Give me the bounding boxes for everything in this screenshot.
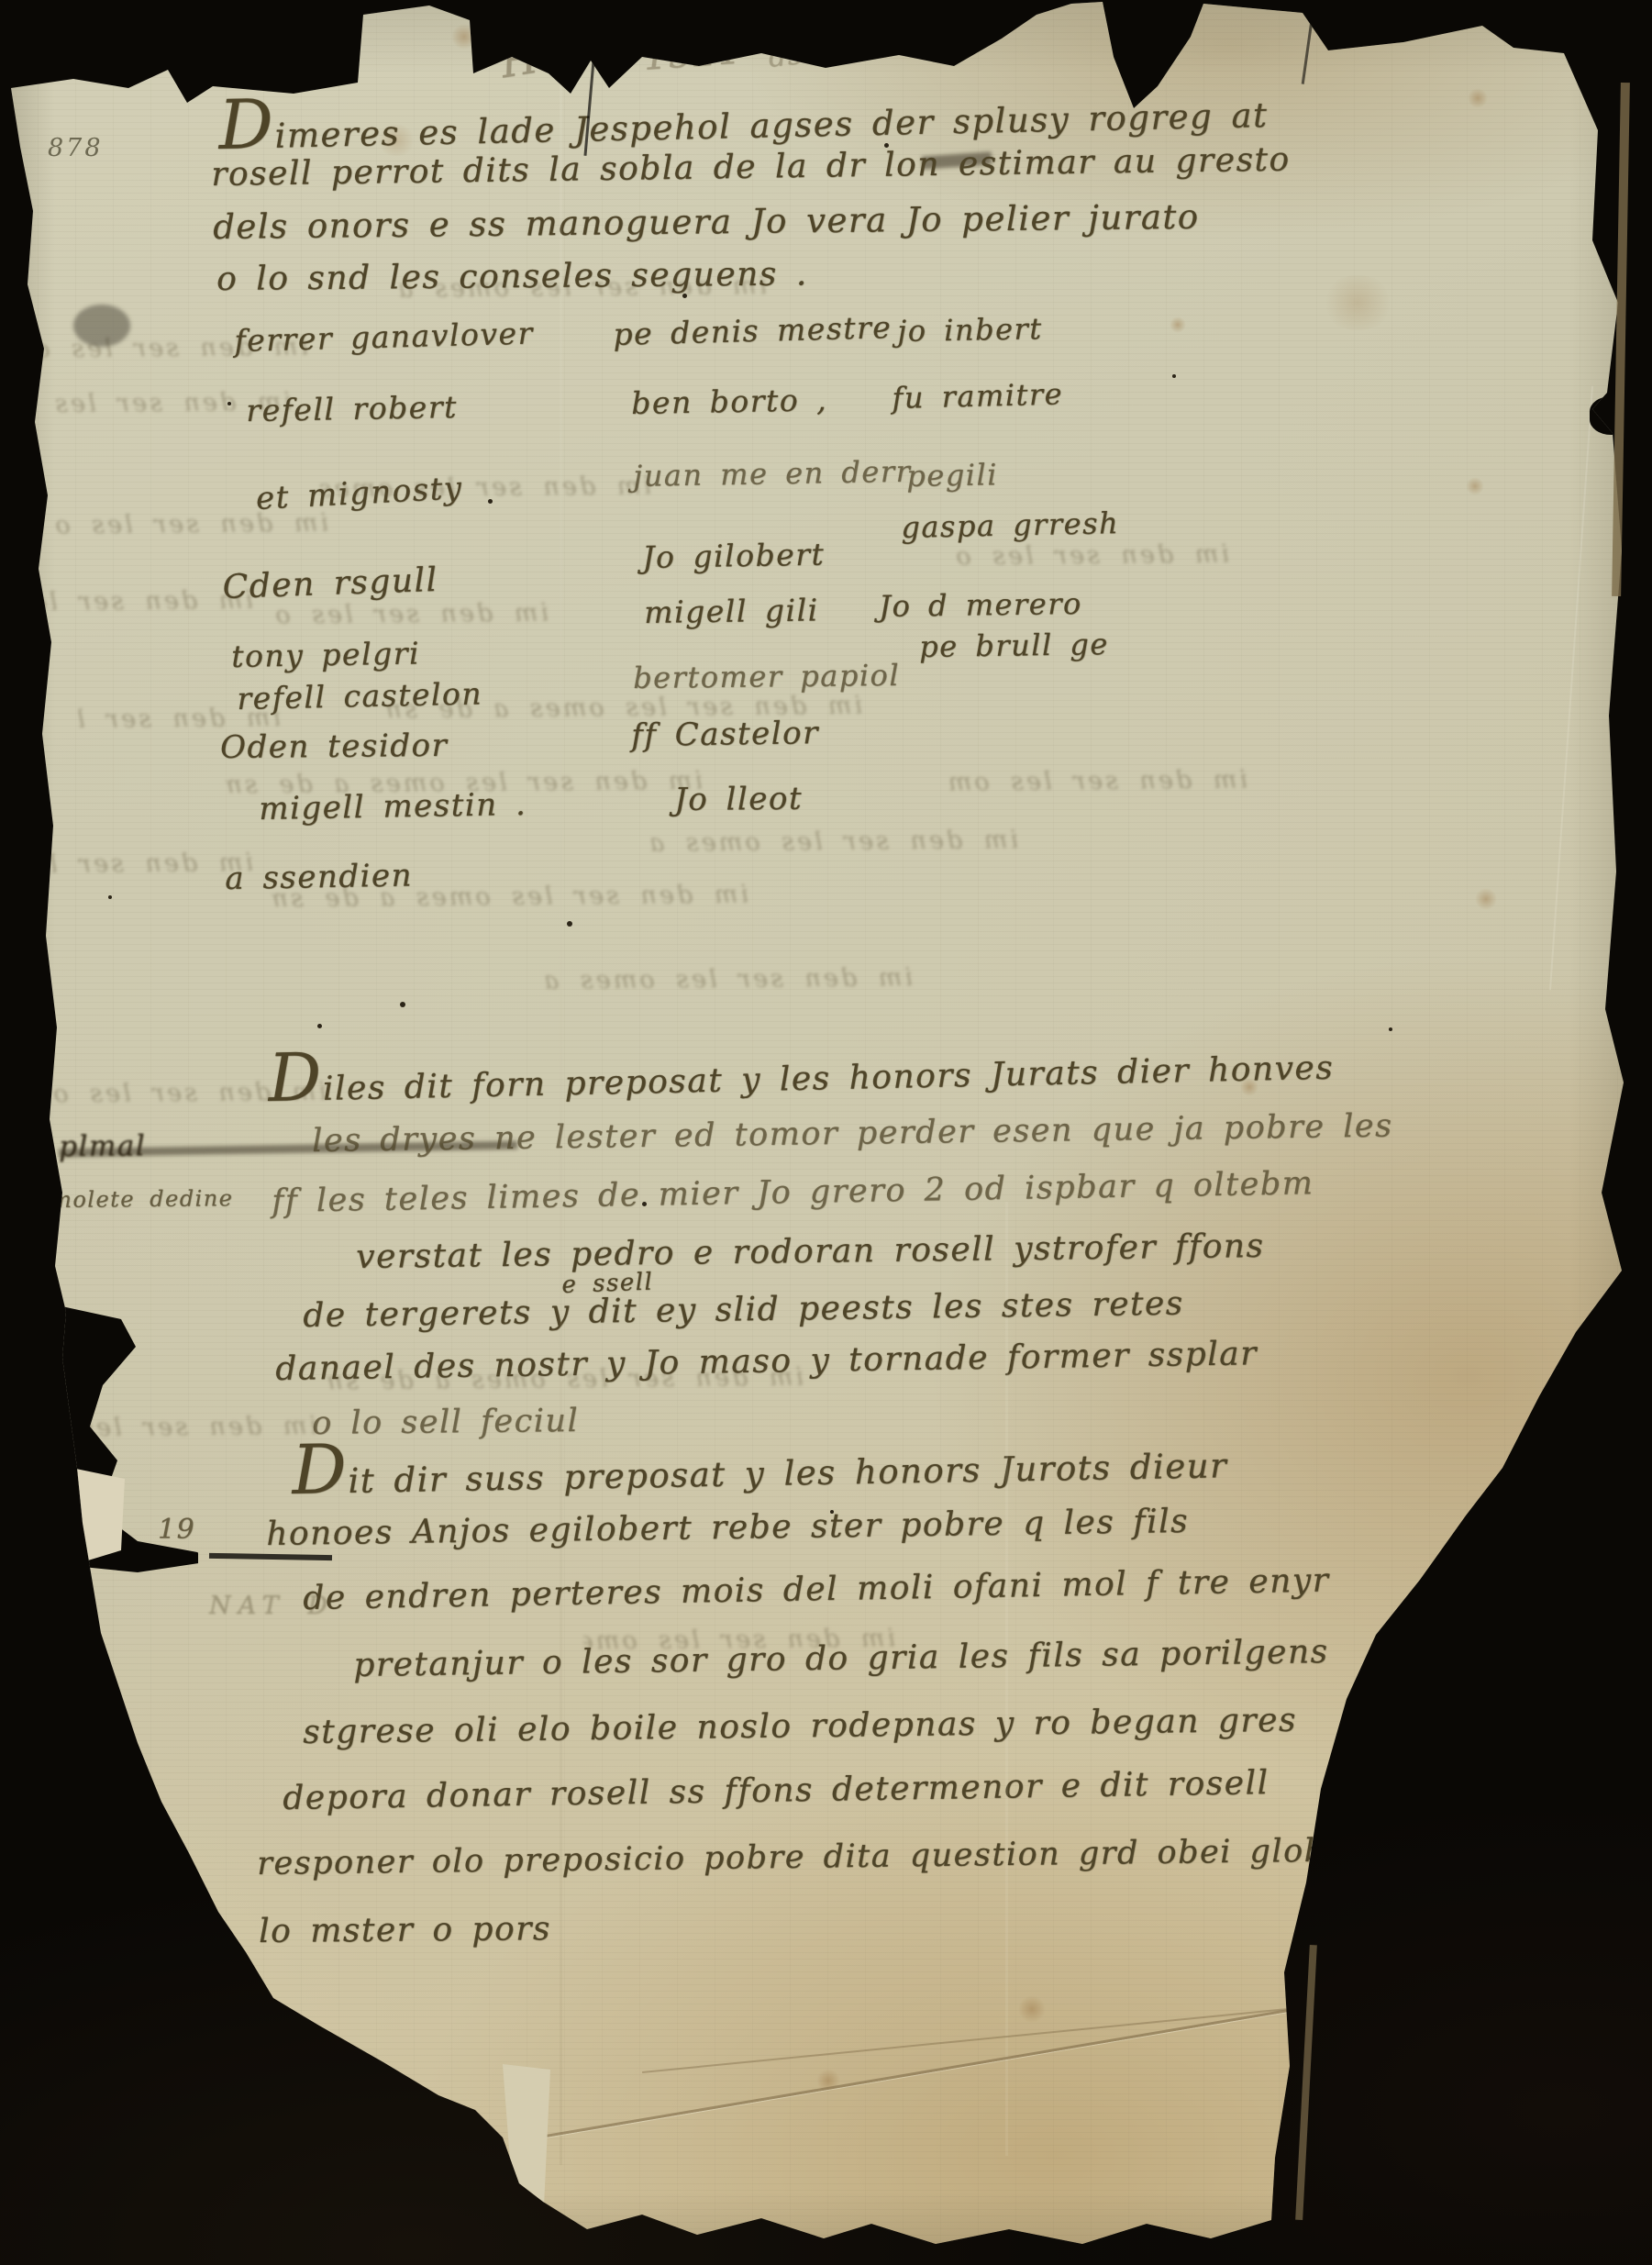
attendee-name: tony pelgri xyxy=(231,635,420,674)
interlinear-insert: e ssell xyxy=(561,1269,654,1299)
ink-speck xyxy=(108,895,112,899)
faded-stamp: NAT D xyxy=(209,1592,335,1620)
attendee-name: fu ramitre xyxy=(892,376,1064,416)
bleed-through: im den ser les omes a de smor ne les xyxy=(33,849,253,879)
paper-fragment xyxy=(503,2064,552,2226)
paragraph-line: lo mster o pors xyxy=(259,1910,551,1950)
margin-strike-note: plmal xyxy=(59,1129,146,1163)
fold-crease xyxy=(1005,1202,1008,2156)
ink-speck xyxy=(830,1510,834,1514)
ink-speck xyxy=(227,402,231,405)
top-mark: 1521 xyxy=(642,29,744,78)
adjacent-folio-edge xyxy=(1295,1945,1317,2220)
foxing-stain xyxy=(1321,275,1394,330)
ink-smear xyxy=(73,305,130,347)
top-mark: 96 xyxy=(859,20,904,61)
foxing-stain xyxy=(1468,88,1488,108)
paragraph-line: verstat les pedro e rodoran rosell ystro… xyxy=(356,1227,1265,1276)
paper-fragment xyxy=(138,1888,191,1961)
header-line: dels onors e ss manoguera Jo vera Jo pel… xyxy=(213,197,1200,247)
paragraph-line: stgrese oli elo boile noslo rodepnas y r… xyxy=(303,1702,1297,1751)
attendee-name: ben borto , xyxy=(631,382,827,421)
attendee-name: et mignosty xyxy=(255,470,463,517)
attendee-name: Oden tesidor xyxy=(220,727,448,766)
paragraph-line: danael des nostr y Jo maso y tornade for… xyxy=(275,1335,1258,1388)
ink-speck xyxy=(317,1024,322,1028)
ink-speck xyxy=(682,294,687,298)
fold-crease xyxy=(560,64,562,2165)
bleed-through: im den ser les omes a de smor ne les xyxy=(945,766,1247,797)
fold-crease xyxy=(518,1994,1378,2142)
header-line: o lo snd les conseles seguens . xyxy=(216,255,808,298)
attendee-name: refell robert xyxy=(246,389,458,428)
margin-side-note: molete dedine xyxy=(50,1185,234,1213)
bleed-through: im den ser les omes a de smor ne les xyxy=(79,1412,317,1442)
manuscript-scan: 878 Hs 1521 ds 96 Dimeres es lade Jespeh… xyxy=(0,0,1652,2265)
bleed-through: im den ser les omes a de smor ne les xyxy=(527,963,913,995)
paragraph-line: responer olo preposicio pobre dita quest… xyxy=(257,1832,1378,1882)
attendee-name: pegili xyxy=(906,457,998,494)
foxing-stain xyxy=(451,24,477,50)
attendee-name: pe brull ge xyxy=(919,627,1109,664)
top-mark: ds xyxy=(767,39,804,74)
attendee-name: Jo lleot xyxy=(674,781,803,818)
adjacent-folio-edge xyxy=(1612,83,1630,596)
ink-speck xyxy=(1389,1027,1392,1031)
margin-folio-mark: 19 xyxy=(158,1514,195,1546)
top-mark: Hs xyxy=(497,29,565,88)
bleed-through: im den ser les omes a de smor ne les xyxy=(633,826,1018,858)
attendee-name: ff Castelor xyxy=(631,715,819,754)
fold-crease xyxy=(1549,386,1593,991)
paragraph-line: de endren perteres mois del moli ofani m… xyxy=(303,1561,1330,1617)
attendee-name: migell mestin . xyxy=(259,786,527,827)
foxing-stain xyxy=(1018,1995,1046,2023)
ink-speck xyxy=(884,143,889,148)
attendee-name: gaspa grresh xyxy=(901,505,1120,545)
ink-speck xyxy=(488,499,493,504)
paragraph-line: depora donar rosell ss ffons determenor … xyxy=(283,1764,1269,1817)
paper-crack xyxy=(1302,15,1314,84)
paragraph-line: pretanjur o les sor gro do gria les fils… xyxy=(353,1633,1329,1684)
attendee-name: ferrer ganavlover xyxy=(234,315,534,359)
paragraph-line: ff les teles limes de mier Jo grero 2 od… xyxy=(272,1165,1314,1220)
ink-speck xyxy=(642,1202,647,1206)
attendee-name: jo inbert xyxy=(897,311,1043,349)
foxing-stain xyxy=(1466,477,1484,495)
page-number: 878 xyxy=(48,134,104,162)
paper-fragment xyxy=(72,1466,128,1563)
attendee-name: bertomer papiol xyxy=(633,658,900,695)
ink-speck xyxy=(567,921,572,927)
paper-crack xyxy=(209,1553,332,1560)
ink-speck xyxy=(400,1002,405,1007)
attendee-name: Jo d merero xyxy=(879,586,1082,624)
attendee-name: Cden rsgull xyxy=(222,561,438,606)
attendee-name: pe denis mestre xyxy=(613,309,893,352)
paragraph-line: o lo sell feciul xyxy=(312,1403,579,1442)
paragraph-line: les dryes ne lester ed tomor perder esen… xyxy=(312,1108,1393,1160)
paragraph-line: Diles dit forn preposat y les honors Jur… xyxy=(268,1033,1335,1109)
attendee-name: a ssendien xyxy=(225,857,413,897)
bleed-through: im den ser les omes a de smor ne les xyxy=(273,599,549,630)
paragraph-line: de tergerets y dit ey slid peests les st… xyxy=(303,1285,1184,1335)
attendee-name: juan me en derr xyxy=(633,454,912,494)
attendee-name: Jo gilobert xyxy=(642,537,826,575)
paragraph-line: Dit dir suss preposat y les honors Jurot… xyxy=(292,1431,1228,1502)
foxing-stain xyxy=(1170,316,1186,333)
attendee-name: migell gili xyxy=(644,592,819,630)
paper-fragment xyxy=(128,1952,215,2130)
bleed-through: im den ser les omes a de smor ne les xyxy=(15,586,253,616)
bleed-through: im den ser les omes a de smor ne les xyxy=(954,540,1229,572)
paragraph-line: honoes Anjos egilobert rebe ster pobre q… xyxy=(266,1503,1189,1553)
ink-speck xyxy=(1172,374,1176,378)
foxing-stain xyxy=(1475,888,1497,910)
attendee-name: refell castelon xyxy=(237,675,482,716)
manuscript-page: 878 Hs 1521 ds 96 Dimeres es lade Jespeh… xyxy=(0,0,1652,2265)
